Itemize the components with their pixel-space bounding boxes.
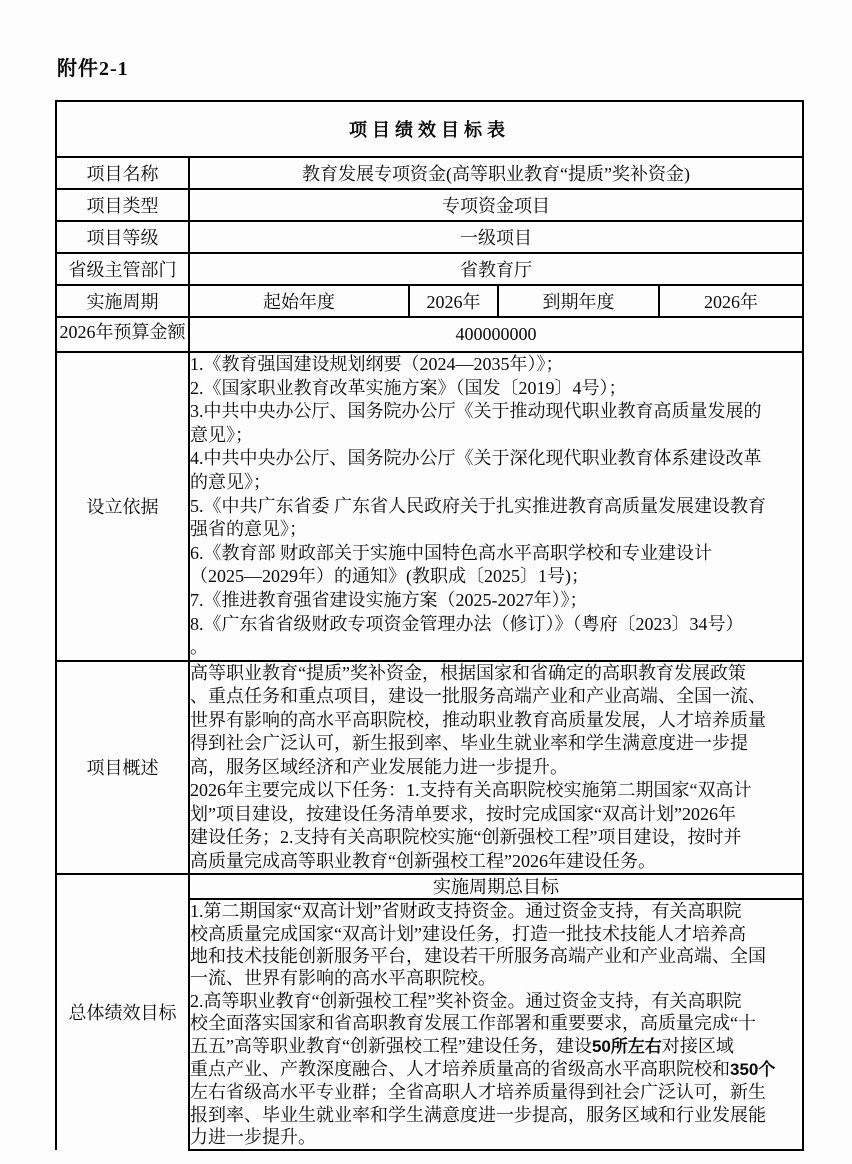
overall-goal-label: 总体绩效目标 <box>56 874 189 1149</box>
table-row: 2026年预算金额 400000000 <box>56 317 803 352</box>
performance-target-table: 项目绩效目标表 项目名称 教育发展专项资金(高等职业教育“提质”奖补资金) 项目… <box>55 100 804 1151</box>
table-row: 省级主管部门 省教育厅 <box>56 253 803 285</box>
project-name-value: 教育发展专项资金(高等职业教育“提质”奖补资金) <box>189 157 803 189</box>
project-type-label: 项目类型 <box>56 189 189 221</box>
establishment-basis-text: 1.《教育强国建设规划纲要（2024—2035年）》； 2.《国家职业教育改革实… <box>189 352 803 661</box>
table-row: 项目等级 一级项目 <box>56 221 803 253</box>
provincial-department-value: 省教育厅 <box>189 253 803 285</box>
table-row: 项目名称 教育发展专项资金(高等职业教育“提质”奖补资金) <box>56 157 803 189</box>
table-row: 总体绩效目标 实施周期总目标 <box>56 874 803 899</box>
table-row: 项目绩效目标表 <box>56 101 803 157</box>
project-type-value: 专项资金项目 <box>189 189 803 221</box>
start-year-label: 起始年度 <box>189 285 409 317</box>
document-page: 附件2-1 项目绩效目标表 项目名称 教育发展专项资金(高等职业教育“提质”奖补… <box>0 0 852 1164</box>
provincial-department-label: 省级主管部门 <box>56 253 189 285</box>
establishment-basis-label: 设立依据 <box>56 352 189 661</box>
project-level-label: 项目等级 <box>56 221 189 253</box>
table-row: 设立依据 1.《教育强国建设规划纲要（2024—2035年）》； 2.《国家职业… <box>56 352 803 661</box>
budget-2026-label: 2026年预算金额 <box>56 317 189 352</box>
end-year-label: 到期年度 <box>498 285 659 317</box>
table-row: 项目概述 高等职业教育“提质”奖补资金，根据国家和省确定的高职教育发展政策 、重… <box>56 661 803 875</box>
attachment-label: 附件2-1 <box>57 52 129 81</box>
project-name-label: 项目名称 <box>56 157 189 189</box>
implementation-period-label: 实施周期 <box>56 285 189 317</box>
table-row: 实施周期 起始年度 2026年 到期年度 2026年 <box>56 285 803 317</box>
table-title: 项目绩效目标表 <box>56 101 803 157</box>
start-year-value: 2026年 <box>409 285 498 317</box>
table-row: 项目类型 专项资金项目 <box>56 189 803 221</box>
overall-goal-text: 1.第二期国家“双高计划”省财政支持资金。通过资金支持，有关高职院 校高质量完成… <box>189 899 803 1149</box>
budget-2026-value: 400000000 <box>189 317 803 352</box>
period-total-goal-subheader: 实施周期总目标 <box>189 874 803 899</box>
project-overview-label: 项目概述 <box>56 661 189 875</box>
end-year-value: 2026年 <box>659 285 803 317</box>
project-overview-text: 高等职业教育“提质”奖补资金，根据国家和省确定的高职教育发展政策 、重点任务和重… <box>189 661 803 875</box>
project-level-value: 一级项目 <box>189 221 803 253</box>
